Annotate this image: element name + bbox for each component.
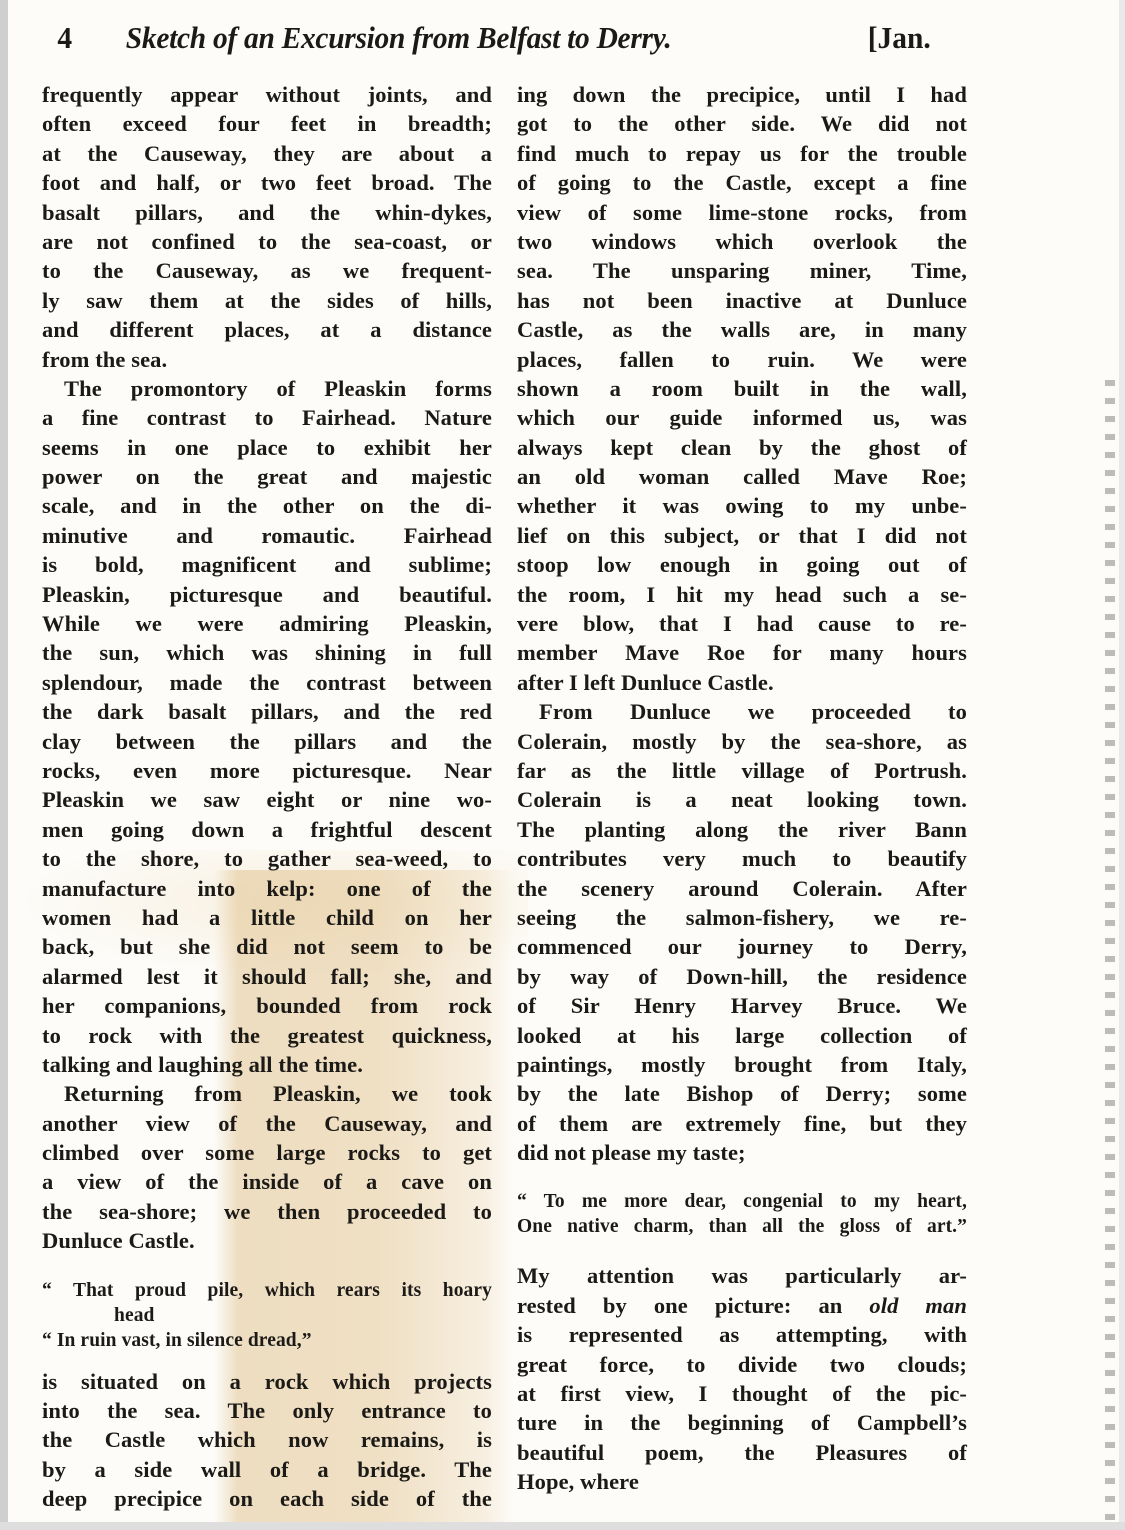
text-line: climbed over some large rocks to get bbox=[42, 1138, 492, 1167]
text-line: great force, to divide two clouds; bbox=[517, 1350, 967, 1379]
text-line: of going to the Castle, except a fine bbox=[517, 168, 967, 197]
spacer bbox=[42, 1353, 492, 1367]
text-line: foot and half, or two feet broad. The bbox=[42, 168, 492, 197]
text-line: has not been inactive at Dunluce bbox=[517, 286, 967, 315]
verse-quote-line: One native charm, than all the gloss of … bbox=[517, 1214, 967, 1239]
text-line: men going down a frightful descent bbox=[42, 815, 492, 844]
text-line: clay between the pillars and the bbox=[42, 727, 492, 756]
text-line: Dunluce Castle. bbox=[42, 1226, 492, 1255]
verse-quote-line: “ In ruin vast, in silence dread,” bbox=[42, 1328, 492, 1353]
document-page: 4 Sketch of an Excursion from Belfast to… bbox=[8, 0, 1119, 1522]
text-line: of Sir Henry Harvey Bruce. We bbox=[517, 991, 967, 1020]
text-line: whether it was owing to my unbe- bbox=[517, 491, 967, 520]
text-line: sea. The unsparing miner, Time, bbox=[517, 256, 967, 285]
scan-left-border bbox=[0, 0, 8, 1530]
right-column: ing down the precipice, until I had got … bbox=[517, 80, 967, 1497]
text-line: rocks, even more picturesque. Near bbox=[42, 756, 492, 785]
text-line: into the sea. The only entrance to bbox=[42, 1396, 492, 1425]
text-line: Pleaskin, picturesque and beautiful. bbox=[42, 580, 492, 609]
text-line: find much to repay us for the trouble bbox=[517, 139, 967, 168]
text-line: by way of Down-hill, the residence bbox=[517, 962, 967, 991]
text-line: seeing the salmon-fishery, we re- bbox=[517, 903, 967, 932]
text-line: seems in one place to exhibit her bbox=[42, 433, 492, 462]
text-line: minutive and romautic. Fairhead bbox=[42, 521, 492, 550]
text-line: While we were admiring Pleaskin, bbox=[42, 609, 492, 638]
text-line: the Castle which now remains, is bbox=[42, 1425, 492, 1454]
text-line: contributes very much to beautify bbox=[517, 844, 967, 873]
text-line: which our guide informed us, was bbox=[517, 403, 967, 432]
text-line: ing down the precipice, until I had bbox=[517, 80, 967, 109]
adjacent-page-bleed bbox=[1105, 380, 1115, 1520]
text-line: often exceed four feet in breadth; bbox=[42, 109, 492, 138]
text-line: of them are extremely fine, but they bbox=[517, 1109, 967, 1138]
text-line: after I left Dunluce Castle. bbox=[517, 668, 967, 697]
text-line: an old woman called Mave Roe; bbox=[517, 462, 967, 491]
text-line: scale, and in the other on the di- bbox=[42, 491, 492, 520]
text-line: beautiful poem, the Pleasures of bbox=[517, 1438, 967, 1467]
text-line: deep precipice on each side of the bbox=[42, 1484, 492, 1513]
text-line: Pleaskin we saw eight or nine wo- bbox=[42, 785, 492, 814]
text-line: back, but she did not seem to be bbox=[42, 932, 492, 961]
paragraph-start: The promontory of Pleaskin forms bbox=[42, 374, 492, 403]
text-line: two windows which overlook the bbox=[517, 227, 967, 256]
text-line: view of some lime-stone rocks, from bbox=[517, 198, 967, 227]
text-line: the sun, which was shining in full bbox=[42, 638, 492, 667]
verse-quote-line: “ To me more dear, congenial to my heart… bbox=[517, 1189, 967, 1214]
text-line: vere blow, that I had cause to re- bbox=[517, 609, 967, 638]
text-line: power on the great and majestic bbox=[42, 462, 492, 491]
text-line: Colerain, mostly by the sea-shore, as bbox=[517, 727, 967, 756]
scan-bottom-border bbox=[0, 1522, 1125, 1530]
text-line: another view of the Causeway, and bbox=[42, 1109, 492, 1138]
spacer bbox=[517, 1167, 967, 1189]
text-line: My attention was particularly ar- bbox=[517, 1261, 967, 1290]
text-line: lief on this subject, or that I did not bbox=[517, 521, 967, 550]
text-line: from the sea. bbox=[42, 345, 492, 374]
verse-quote-line: “ That proud pile, which rears its hoary bbox=[42, 1278, 492, 1303]
text-line: talking and laughing all the time. bbox=[42, 1050, 492, 1079]
text-line: is situated on a rock which projects bbox=[42, 1367, 492, 1396]
text-line: is bold, magnificent and sublime; bbox=[42, 550, 492, 579]
text-line: at the Causeway, they are about a bbox=[42, 139, 492, 168]
spacer bbox=[517, 1239, 967, 1261]
text-line: frequently appear without joints, and bbox=[42, 80, 492, 109]
italic-phrase: old man bbox=[869, 1293, 967, 1318]
paragraph-start: From Dunluce we proceeded to bbox=[517, 697, 967, 726]
text-line: got to the other side. We did not bbox=[517, 109, 967, 138]
text-line: manufacture into kelp: one of the bbox=[42, 874, 492, 903]
page-number: 4 bbox=[57, 20, 72, 56]
text-line: member Mave Roe for many hours bbox=[517, 638, 967, 667]
text-line: the scenery around Colerain. After bbox=[517, 874, 967, 903]
text-line: splendour, made the contrast between bbox=[42, 668, 492, 697]
text-line: to the shore, to gather sea-weed, to bbox=[42, 844, 492, 873]
text-line: rested by one picture: an old man bbox=[517, 1291, 967, 1320]
text-line: looked at his large collection of bbox=[517, 1021, 967, 1050]
text-line: the room, I hit my head such a se- bbox=[517, 580, 967, 609]
text-line: by the late Bishop of Derry; some bbox=[517, 1079, 967, 1108]
paragraph-start: Returning from Pleaskin, we took bbox=[42, 1079, 492, 1108]
text-line: Castle, as the walls are, in many bbox=[517, 315, 967, 344]
text-line: a view of the inside of a cave on bbox=[42, 1167, 492, 1196]
text-line: the sea-shore; we then proceeded to bbox=[42, 1197, 492, 1226]
text-line: to rock with the greatest quickness, bbox=[42, 1021, 492, 1050]
text-line: Colerain is a neat looking town. bbox=[517, 785, 967, 814]
text-line: ture in the beginning of Campbell’s bbox=[517, 1408, 967, 1437]
text-line: shown a room built in the wall, bbox=[517, 374, 967, 403]
text-line: basalt pillars, and the whin-dykes, bbox=[42, 198, 492, 227]
text-line: a fine contrast to Fairhead. Nature bbox=[42, 403, 492, 432]
text-line: the dark basalt pillars, and the red bbox=[42, 697, 492, 726]
text-line: far as the little village of Portrush. bbox=[517, 756, 967, 785]
text-line: women had a little child on her bbox=[42, 903, 492, 932]
text-line: alarmed lest it should fall; she, and bbox=[42, 962, 492, 991]
text-line: commenced our journey to Derry, bbox=[517, 932, 967, 961]
text-line: by a side wall of a bridge. The bbox=[42, 1455, 492, 1484]
text-line: to the Causeway, as we frequent- bbox=[42, 256, 492, 285]
text-line: and different places, at a distance bbox=[42, 315, 492, 344]
text-line: at first view, I thought of the pic- bbox=[517, 1379, 967, 1408]
text-line: The planting along the river Bann bbox=[517, 815, 967, 844]
text-line: did not please my taste; bbox=[517, 1138, 967, 1167]
running-header: 4 Sketch of an Excursion from Belfast to… bbox=[8, 14, 1063, 64]
text-fragment: rested by one picture: an bbox=[517, 1293, 842, 1318]
verse-quote-line: head bbox=[42, 1303, 492, 1328]
text-line: ly saw them at the sides of hills, bbox=[42, 286, 492, 315]
running-title: Sketch of an Excursion from Belfast to D… bbox=[126, 20, 672, 56]
text-line: places, fallen to ruin. We were bbox=[517, 345, 967, 374]
text-line: are not confined to the sea-coast, or bbox=[42, 227, 492, 256]
text-line: stoop low enough in going out of bbox=[517, 550, 967, 579]
text-line: always kept clean by the ghost of bbox=[517, 433, 967, 462]
spacer bbox=[42, 1256, 492, 1278]
text-line: her companions, bounded from rock bbox=[42, 991, 492, 1020]
left-column: frequently appear without joints, and of… bbox=[42, 80, 492, 1514]
text-line: Hope, where bbox=[517, 1467, 967, 1496]
text-line: is represented as attempting, with bbox=[517, 1320, 967, 1349]
text-line: paintings, mostly brought from Italy, bbox=[517, 1050, 967, 1079]
issue-month: [Jan. bbox=[868, 20, 931, 56]
